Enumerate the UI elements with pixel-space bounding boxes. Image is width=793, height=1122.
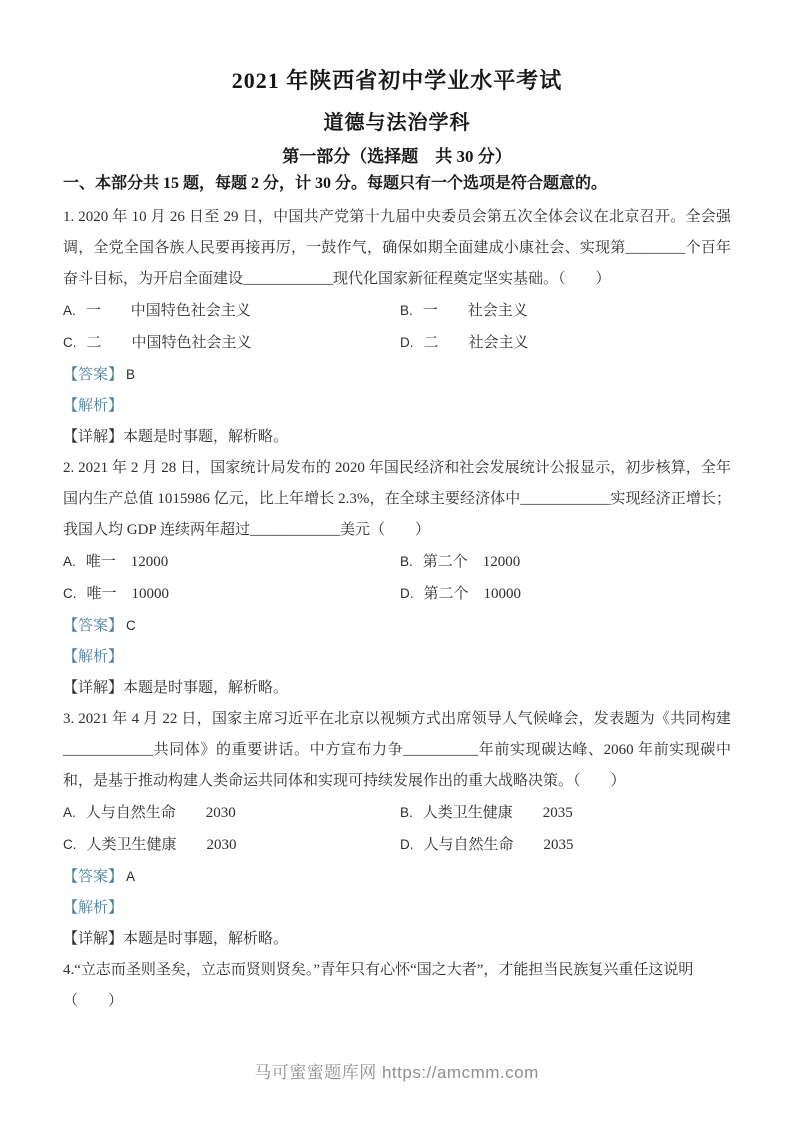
option-key: B. bbox=[400, 303, 413, 318]
option-key: C. bbox=[63, 586, 77, 601]
option-key: C. bbox=[63, 335, 77, 350]
footer-text: 马可蜜蜜题库网 https://amcmm.com bbox=[254, 1063, 539, 1082]
option-text: 人类卫生健康 2035 bbox=[423, 805, 573, 821]
detail-label: 【详解】 bbox=[63, 931, 123, 947]
answer-value: C bbox=[126, 618, 136, 633]
question-1: 1. 2020 年 10 月 26 日至 29 日，中国共产党第十九届中央委员会… bbox=[63, 202, 731, 453]
page-footer: 马可蜜蜜题库网 https://amcmm.com bbox=[0, 1060, 793, 1086]
question-2-stem: 2. 2021 年 2 月 28 日，国家统计局发布的 2020 年国民经济和社… bbox=[63, 453, 731, 546]
option-text: 唯一 12000 bbox=[86, 554, 169, 570]
question-3: 3. 2021 年 4 月 22 日，国家主席习近平在北京以视频方式出席领导人气… bbox=[63, 704, 731, 955]
answer-label: 【答案】 bbox=[63, 367, 123, 383]
option-key: A. bbox=[63, 303, 76, 318]
question-2: 2. 2021 年 2 月 28 日，国家统计局发布的 2020 年国民经济和社… bbox=[63, 453, 731, 704]
option-text: 一 中国特色社会主义 bbox=[86, 303, 251, 319]
detail-label: 【详解】 bbox=[63, 429, 123, 445]
detail-label: 【详解】 bbox=[63, 680, 123, 696]
answer-value: B bbox=[126, 367, 135, 382]
detail-text: 本题是时事题，解析略。 bbox=[123, 429, 288, 445]
question-1-options: A.一 中国特色社会主义 B.一 社会主义 C.二 中国特色社会主义 D.二 社… bbox=[63, 295, 731, 359]
option-key: A. bbox=[63, 554, 76, 569]
answer-label: 【答案】 bbox=[63, 618, 123, 634]
section-heading: 第一部分（选择题 共 30 分） bbox=[63, 144, 731, 170]
option-d: D.二 社会主义 bbox=[400, 327, 731, 359]
question-2-options: A.唯一 12000 B.第二个 12000 C.唯一 10000 D.第二个 … bbox=[63, 546, 731, 610]
option-key: D. bbox=[400, 837, 414, 852]
question-4: 4.“立志而圣则圣矣，立志而贤则贤矣。”青年只有心怀“国之大者”，才能担当民族复… bbox=[63, 955, 731, 1017]
detail-text: 本题是时事题，解析略。 bbox=[123, 931, 288, 947]
analysis-label: 【解析】 bbox=[63, 649, 123, 665]
option-text: 人与自然生命 2030 bbox=[86, 805, 236, 821]
analysis-line: 【解析】 bbox=[63, 893, 731, 924]
answer-line: 【答案】B bbox=[63, 359, 731, 391]
question-3-options: A.人与自然生命 2030 B.人类卫生健康 2035 C.人类卫生健康 203… bbox=[63, 797, 731, 861]
page-content: 2021 年陕西省初中学业水平考试 道德与法治学科 第一部分（选择题 共 30 … bbox=[63, 64, 731, 1017]
option-b: B.第二个 12000 bbox=[400, 546, 731, 578]
question-1-stem: 1. 2020 年 10 月 26 日至 29 日，中国共产党第十九届中央委员会… bbox=[63, 202, 731, 295]
answer-value: A bbox=[126, 869, 135, 884]
answer-line: 【答案】C bbox=[63, 610, 731, 642]
answer-label: 【答案】 bbox=[63, 869, 123, 885]
detail-line: 【详解】本题是时事题，解析略。 bbox=[63, 673, 731, 704]
option-c: C.唯一 10000 bbox=[63, 578, 400, 610]
analysis-line: 【解析】 bbox=[63, 391, 731, 422]
option-b: B.人类卫生健康 2035 bbox=[400, 797, 731, 829]
section-instruction: 一、本部分共 15 题，每题 2 分，计 30 分。每题只有一个选项是符合题意的… bbox=[63, 170, 731, 197]
option-c: C.二 中国特色社会主义 bbox=[63, 327, 400, 359]
option-text: 一 社会主义 bbox=[423, 303, 528, 319]
option-key: A. bbox=[63, 805, 76, 820]
option-key: D. bbox=[400, 335, 414, 350]
option-a: A.唯一 12000 bbox=[63, 546, 400, 578]
option-text: 人与自然生命 2035 bbox=[424, 837, 574, 853]
option-text: 第二个 12000 bbox=[423, 554, 521, 570]
analysis-label: 【解析】 bbox=[63, 900, 123, 916]
option-key: B. bbox=[400, 805, 413, 820]
option-text: 二 中国特色社会主义 bbox=[87, 335, 252, 351]
option-text: 二 社会主义 bbox=[424, 335, 529, 351]
detail-line: 【详解】本题是时事题，解析略。 bbox=[63, 422, 731, 453]
option-d: D.第二个 10000 bbox=[400, 578, 731, 610]
option-key: B. bbox=[400, 554, 413, 569]
option-text: 唯一 10000 bbox=[87, 586, 170, 602]
question-4-stem: 4.“立志而圣则圣矣，立志而贤则贤矣。”青年只有心怀“国之大者”，才能担当民族复… bbox=[63, 955, 731, 986]
answer-line: 【答案】A bbox=[63, 861, 731, 893]
analysis-label: 【解析】 bbox=[63, 398, 123, 414]
option-text: 第二个 10000 bbox=[424, 586, 522, 602]
option-text: 人类卫生健康 2030 bbox=[87, 837, 237, 853]
option-key: D. bbox=[400, 586, 414, 601]
option-a: A.一 中国特色社会主义 bbox=[63, 295, 400, 327]
page-title: 2021 年陕西省初中学业水平考试 bbox=[63, 64, 731, 98]
option-b: B.一 社会主义 bbox=[400, 295, 731, 327]
exam-paper-page: 2021 年陕西省初中学业水平考试 道德与法治学科 第一部分（选择题 共 30 … bbox=[0, 0, 793, 1122]
detail-line: 【详解】本题是时事题，解析略。 bbox=[63, 924, 731, 955]
analysis-line: 【解析】 bbox=[63, 642, 731, 673]
detail-text: 本题是时事题，解析略。 bbox=[123, 680, 288, 696]
option-c: C.人类卫生健康 2030 bbox=[63, 829, 400, 861]
page-subtitle: 道德与法治学科 bbox=[63, 108, 731, 138]
question-list: 1. 2020 年 10 月 26 日至 29 日，中国共产党第十九届中央委员会… bbox=[63, 202, 731, 1017]
question-4-stem-tail: （ ） bbox=[63, 986, 731, 1017]
question-3-stem: 3. 2021 年 4 月 22 日，国家主席习近平在北京以视频方式出席领导人气… bbox=[63, 704, 731, 797]
option-a: A.人与自然生命 2030 bbox=[63, 797, 400, 829]
option-d: D.人与自然生命 2035 bbox=[400, 829, 731, 861]
option-key: C. bbox=[63, 837, 77, 852]
